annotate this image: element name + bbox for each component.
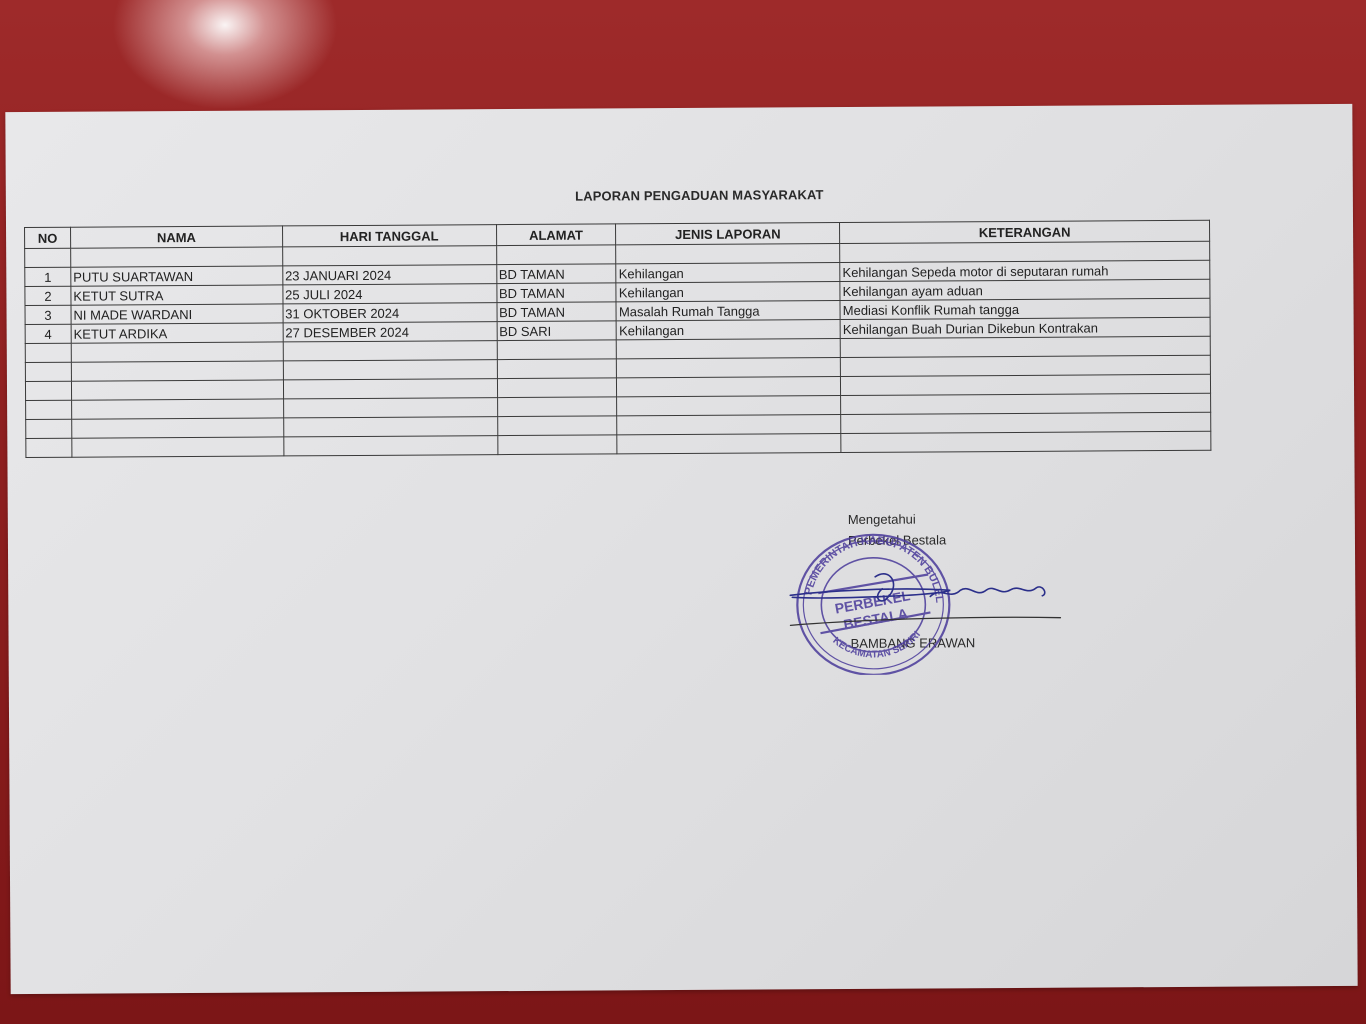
cell-nama: KETUT ARDIKA <box>71 323 283 343</box>
cell-nama: NI MADE WARDANI <box>71 304 283 324</box>
header-no: NO <box>25 227 71 248</box>
cell-no: 4 <box>25 324 71 343</box>
cell-alamat: BD SARI <box>497 321 617 341</box>
report-title: LAPORAN PENGADUAN MASYARAKAT <box>6 184 1353 207</box>
cell-nama: KETUT SUTRA <box>71 285 283 305</box>
header-keterangan: KETERANGAN <box>840 220 1210 243</box>
cell-tanggal: 31 OKTOBER 2024 <box>283 303 497 323</box>
handwritten-signature-icon <box>780 566 1070 638</box>
report-paper: LAPORAN PENGADUAN MASYARAKAT NO NAMA HAR… <box>5 104 1357 994</box>
cell-jenis: Masalah Rumah Tangga <box>616 301 840 321</box>
cell-keterangan: Kehilangan Buah Durian Dikebun Kontrakan <box>840 317 1210 338</box>
cell-tanggal: 23 JANUARI 2024 <box>282 265 496 285</box>
cell-tanggal: 27 DESEMBER 2024 <box>283 322 497 342</box>
cell-no: 3 <box>25 305 71 324</box>
cell-keterangan: Mediasi Konflik Rumah tangga <box>840 298 1210 319</box>
cell-nama: PUTU SUARTAWAN <box>71 266 283 286</box>
header-nama: NAMA <box>70 226 282 248</box>
header-alamat: ALAMAT <box>496 224 616 246</box>
cell-alamat: BD TAMAN <box>496 283 616 303</box>
cell-keterangan: Kehilangan ayam aduan <box>840 279 1210 300</box>
cell-alamat: BD TAMAN <box>496 264 616 284</box>
cell-jenis: Kehilangan <box>616 282 840 302</box>
cell-no: 1 <box>25 267 71 286</box>
cell-tanggal: 25 JULI 2024 <box>283 284 497 304</box>
header-jenis-laporan: JENIS LAPORAN <box>616 223 840 245</box>
cell-keterangan: Kehilangan Sepeda motor di seputaran rum… <box>840 260 1210 281</box>
cell-alamat: BD TAMAN <box>496 302 616 322</box>
header-hari-tanggal: HARI TANGGAL <box>282 225 496 247</box>
cell-jenis: Kehilangan <box>616 320 840 340</box>
cell-jenis: Kehilangan <box>616 263 840 283</box>
complaints-table: NO NAMA HARI TANGGAL ALAMAT JENIS LAPORA… <box>24 220 1211 458</box>
cell-no: 2 <box>25 286 71 305</box>
